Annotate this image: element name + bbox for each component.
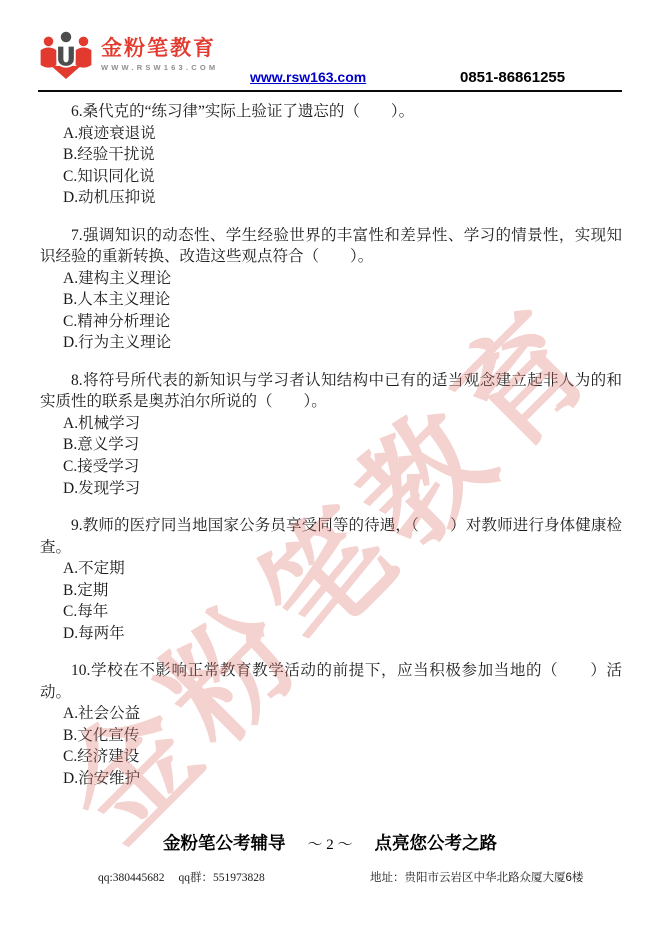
option-c: C.接受学习 [40,456,622,478]
question-text: 8.将符号所代表的新知识与学习者认知结构中已有的适当观念建立起非人为的和实质性的… [40,370,622,413]
question-8: 8.将符号所代表的新知识与学习者认知结构中已有的适当观念建立起非人为的和实质性的… [40,370,622,499]
option-d: D.动机压抑说 [40,187,622,209]
option-c: C.每年 [40,601,622,623]
question-10: 10.学校在不影响正常教育教学活动的前提下，应当积极参加当地的（ ）活动。 A.… [40,660,622,789]
footer-contacts: qq:380445682qq群：551973828 地址：贵阳市云岩区中华北路众… [0,869,660,887]
option-c: C.经济建设 [40,746,622,768]
option-a: A.不定期 [40,558,622,580]
option-b: B.人本主义理论 [40,289,622,311]
option-a: A.建构主义理论 [40,268,622,290]
question-6: 6.桑代克的“练习律”实际上验证了遗忘的（ ）。 A.痕迹衰退说 B.经验干扰说… [40,101,622,209]
option-c: C.精神分析理论 [40,311,622,333]
header-divider [38,90,622,92]
qq-group-number: qq群：551973828 [178,872,264,884]
question-9: 9.教师的医疗同当地国家公务员享受同等的待遇，（ ）对教师进行身体健康检查。 A… [40,515,622,644]
qq-number: qq:380445682 [98,872,164,884]
brand-name: 金粉笔教育 [101,37,218,60]
option-d: D.发现学习 [40,478,622,500]
question-number: 7. [71,227,83,244]
brand-site-text: WWW.RSW163.COM [101,63,218,72]
option-c: C.知识同化说 [40,166,622,188]
question-text: 9.教师的医疗同当地国家公务员享受同等的待遇，（ ）对教师进行身体健康检查。 [40,515,622,558]
option-a: A.痕迹衰退说 [40,123,622,145]
option-b: B.文化宣传 [40,725,622,747]
question-number: 6. [71,103,83,120]
phone-number: 0851-86861255 [460,69,565,86]
footer-qq-line: qq:380445682qq群：551973828 [98,869,265,885]
footer-slogan: 金粉笔公考辅导～ 2 ～点亮您公考之路 [0,830,660,855]
question-text: 7.强调知识的动态性、学生经验世界的丰富性和差异性、学习的情景性，实现知识经验的… [40,225,622,268]
question-number: 9. [71,517,83,534]
question-text: 6.桑代克的“练习律”实际上验证了遗忘的（ ）。 [40,101,622,123]
page-number: ～ 2 ～ [307,837,352,853]
option-b: B.定期 [40,580,622,602]
option-b: B.经验干扰说 [40,144,622,166]
option-a: A.机械学习 [40,413,622,435]
question-number: 8. [71,372,83,389]
option-d: D.每两年 [40,623,622,645]
option-d: D.行为主义理论 [40,332,622,354]
option-b: B.意义学习 [40,434,622,456]
footer-slogan-left: 金粉笔公考辅导 [163,833,286,853]
option-a: A.社会公益 [40,703,622,725]
footer-slogan-right: 点亮您公考之路 [375,833,498,853]
question-7: 7.强调知识的动态性、学生经验世界的丰富性和差异性、学习的情景性，实现知识经验的… [40,225,622,354]
brand-logo: 金粉笔教育 WWW.RSW163.COM [38,28,218,81]
question-number: 10. [71,662,90,679]
footer-address: 地址：贵阳市云岩区中华北路众厦大厦6楼 [370,869,583,885]
website-link[interactable]: www.rsw163.com [250,69,366,85]
brand-logo-icon [38,28,94,81]
page-header: 金粉笔教育 WWW.RSW163.COM www.rsw163.com 0851… [38,26,622,90]
question-text: 10.学校在不影响正常教育教学活动的前提下，应当积极参加当地的（ ）活动。 [40,660,622,703]
exam-question-list: 6.桑代克的“练习律”实际上验证了遗忘的（ ）。 A.痕迹衰退说 B.经验干扰说… [40,101,622,805]
option-d: D.治安维护 [40,768,622,790]
